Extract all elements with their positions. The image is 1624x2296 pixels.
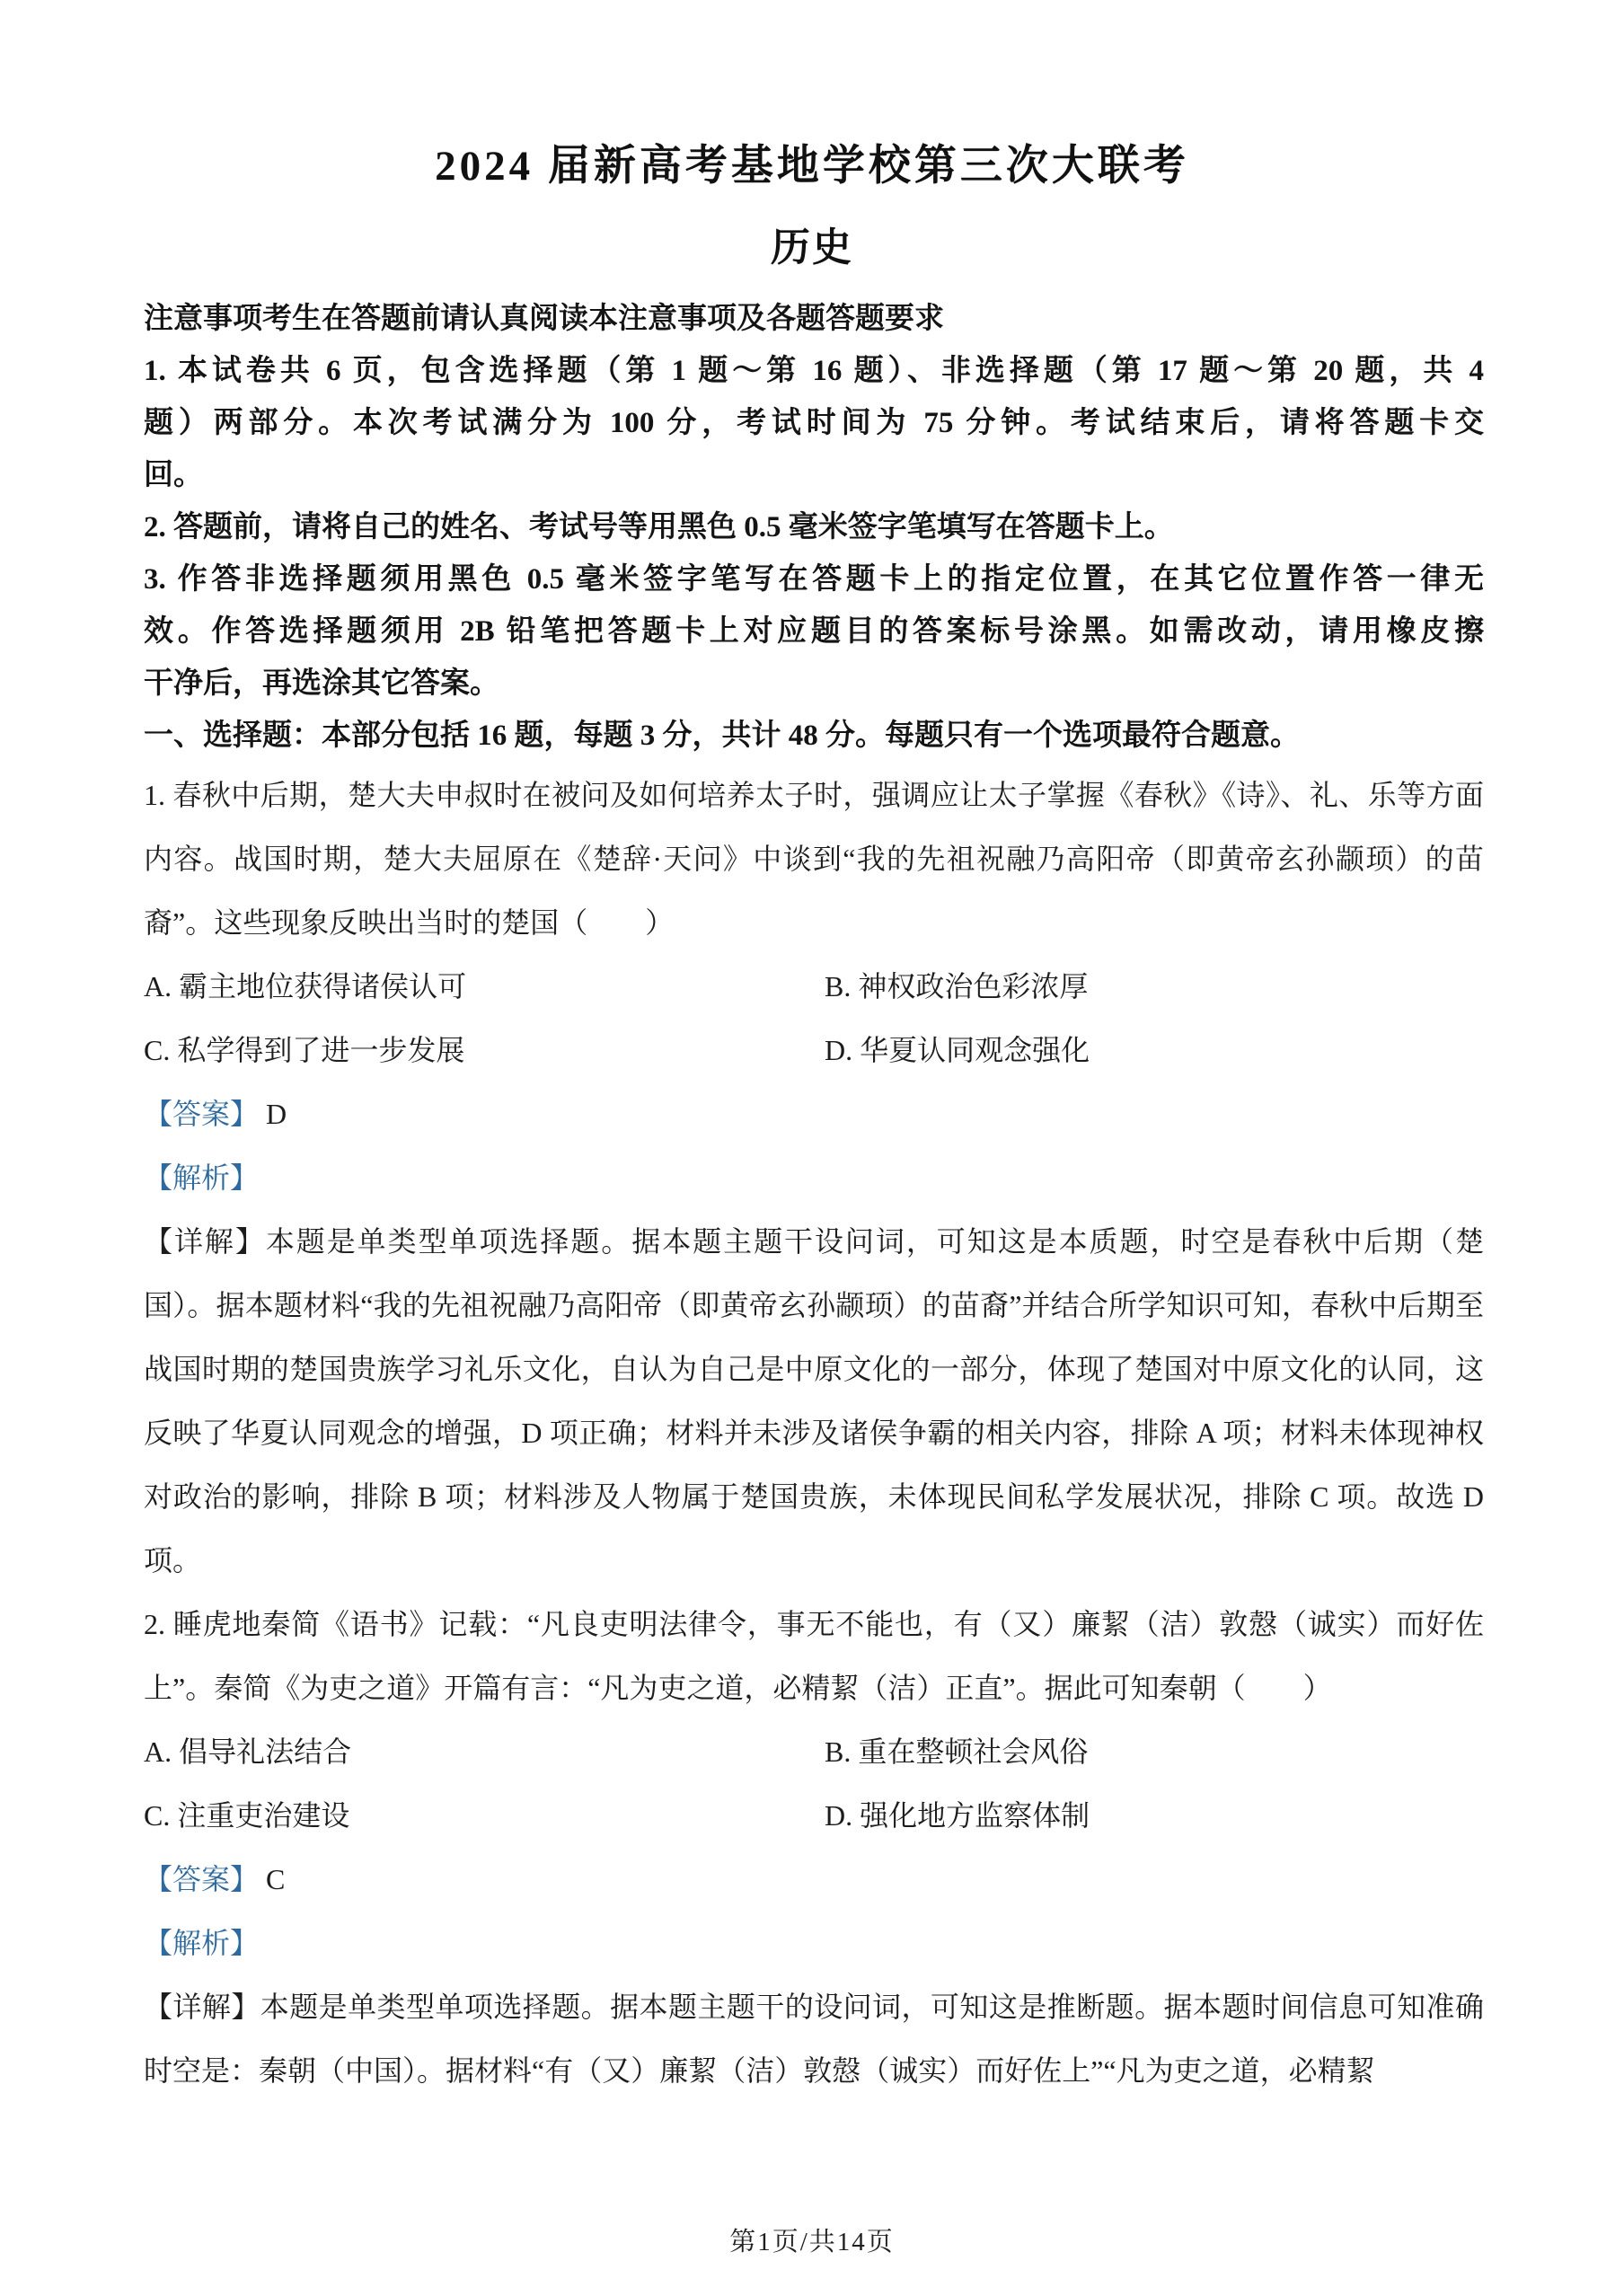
question-1-detail: 【详解】本题是单类型单项选择题。据本题主题干设问词，可知这是本质题，时空是春秋中… xyxy=(144,1210,1484,1593)
text-line: 【详解】本题是单类型单项选择题。据本题主题干的设问词，可知这是推断题。据本题时间… xyxy=(144,1975,1484,2039)
answer-value: D xyxy=(266,1098,287,1130)
text-line: 国）。据本题材料“我的先祖祝融乃高阳帝（即黄帝玄孙颛顼）的苗裔”并结合所学知识可… xyxy=(144,1274,1484,1338)
text-line: 战国时期的楚国贵族学习礼乐文化，自认为自己是中原文化的一部分，体现了楚国对中原文… xyxy=(144,1338,1484,1401)
question-2-answer-line: 【答案】C xyxy=(144,1848,1484,1912)
text-line: 内容。战国时期，楚大夫屈原在《楚辞·天问》中谈到“我的先祖祝融乃高阳帝（即黄帝玄… xyxy=(144,827,1484,891)
question-2-option-d: D. 强化地方监察体制 xyxy=(825,1784,1484,1848)
answer-label: 【答案】 xyxy=(144,1863,259,1895)
question-2-option-c: C. 注重吏治建设 xyxy=(144,1784,825,1848)
question-1-option-d: D. 华夏认同观念强化 xyxy=(825,1019,1484,1082)
text-line: 3. 作答非选择题须用黑色 0.5 毫米签字笔写在答题卡上的指定位置，在其它位置… xyxy=(144,553,1484,605)
question-2-option-b: B. 重在整顿社会风俗 xyxy=(825,1720,1484,1784)
page-subtitle: 历史 xyxy=(0,217,1624,278)
page-footer: 第1页/共14页 xyxy=(0,2224,1624,2260)
text-line: 上”。秦简《为吏之道》开篇有言：“凡为吏之道，必精絜（洁）正直”。据此可知秦朝（… xyxy=(144,1656,1484,1720)
section-heading: 一、选择题：本部分包括 16 题，每题 3 分，共计 48 分。每题只有一个选项… xyxy=(144,710,1484,762)
question-1-option-c: C. 私学得到了进一步发展 xyxy=(144,1019,825,1082)
text-line: 1. 春秋中后期，楚大夫申叔时在被问及如何培养太子时，强调应让太子掌握《春秋》《… xyxy=(144,764,1484,827)
answer-label: 【答案】 xyxy=(144,1098,259,1130)
text-line: 2. 答题前，请将自己的姓名、考试号等用黑色 0.5 毫米签字笔填写在答题卡上。 xyxy=(144,501,1484,553)
text-line: 时空是：秦朝（中国）。据材料“有（又）廉絜（洁）敦慤（诚实）而好佐上”“凡为吏之… xyxy=(144,2039,1484,2103)
question-2-option-a: A. 倡导礼法结合 xyxy=(144,1720,825,1784)
text-line: 【详解】本题是单类型单项选择题。据本题主题干设问词，可知这是本质题，时空是春秋中… xyxy=(144,1210,1484,1274)
question-2-stem: 2. 睡虎地秦简《语书》记载：“凡良吏明法律令，事无不能也，有（又）廉絜（洁）敦… xyxy=(144,1593,1484,1720)
question-1-answer-line: 【答案】D xyxy=(144,1082,1484,1146)
exam-page: 2024 届新高考基地学校第三次大联考 历史 注意事项考生在答题前请认真阅读本注… xyxy=(0,0,1624,2296)
question-1-stem: 1. 春秋中后期，楚大夫申叔时在被问及如何培养太子时，强调应让太子掌握《春秋》《… xyxy=(144,764,1484,955)
notice-item-3: 3. 作答非选择题须用黑色 0.5 毫米签字笔写在答题卡上的指定位置，在其它位置… xyxy=(144,553,1484,710)
text-line: 1. 本试卷共 6 页，包含选择题（第 1 题～第 16 题）、非选择题（第 1… xyxy=(144,345,1484,397)
text-line: 2. 睡虎地秦简《语书》记载：“凡良吏明法律令，事无不能也，有（又）廉絜（洁）敦… xyxy=(144,1593,1484,1656)
text-line: 题）两部分。本次考试满分为 100 分，考试时间为 75 分钟。考试结束后，请将… xyxy=(144,397,1484,449)
text-line: 对政治的影响，排除 B 项；材料涉及人物属于楚国贵族，未体现民间私学发展状况，排… xyxy=(144,1465,1484,1529)
question-1-option-a: A. 霸主地位获得诸侯认可 xyxy=(144,955,825,1019)
analysis-label: 【解析】 xyxy=(144,1161,259,1194)
text-line: 干净后，再选涂其它答案。 xyxy=(144,658,1484,710)
question-1-option-b: B. 神权政治色彩浓厚 xyxy=(825,955,1484,1019)
question-1-analysis-line: 【解析】 xyxy=(144,1146,1484,1210)
text-line: 回。 xyxy=(144,449,1484,501)
text-line: 项。 xyxy=(144,1529,1484,1593)
question-2-detail: 【详解】本题是单类型单项选择题。据本题主题干的设问词，可知这是推断题。据本题时间… xyxy=(144,1975,1484,2103)
question-2-options: A. 倡导礼法结合 B. 重在整顿社会风俗 C. 注重吏治建设 D. 强化地方监… xyxy=(144,1720,1484,1848)
analysis-label: 【解析】 xyxy=(144,1927,259,1959)
questions-section: 1. 春秋中后期，楚大夫申叔时在被问及如何培养太子时，强调应让太子掌握《春秋》《… xyxy=(144,764,1484,2103)
text-line: 裔”。这些现象反映出当时的楚国（ ） xyxy=(144,891,1484,955)
notice-item-1: 1. 本试卷共 6 页，包含选择题（第 1 题～第 16 题）、非选择题（第 1… xyxy=(144,345,1484,501)
page-title: 2024 届新高考基地学校第三次大联考 xyxy=(0,135,1624,198)
notice-heading: 注意事项考生在答题前请认真阅读本注意事项及各题答题要求 xyxy=(144,293,1484,345)
question-1-options: A. 霸主地位获得诸侯认可 B. 神权政治色彩浓厚 C. 私学得到了进一步发展 … xyxy=(144,955,1484,1082)
text-line: 效。作答选择题须用 2B 铅笔把答题卡上对应题目的答案标号涂黑。如需改动，请用橡… xyxy=(144,605,1484,658)
answer-value: C xyxy=(266,1863,285,1895)
text-line: 反映了华夏认同观念的增强，D 项正确；材料并未涉及诸侯争霸的相关内容，排除 A … xyxy=(144,1401,1484,1465)
notice-item-2: 2. 答题前，请将自己的姓名、考试号等用黑色 0.5 毫米签字笔填写在答题卡上。 xyxy=(144,501,1484,553)
question-2-analysis-line: 【解析】 xyxy=(144,1912,1484,1975)
notice-section: 注意事项考生在答题前请认真阅读本注意事项及各题答题要求 1. 本试卷共 6 页，… xyxy=(144,293,1484,762)
